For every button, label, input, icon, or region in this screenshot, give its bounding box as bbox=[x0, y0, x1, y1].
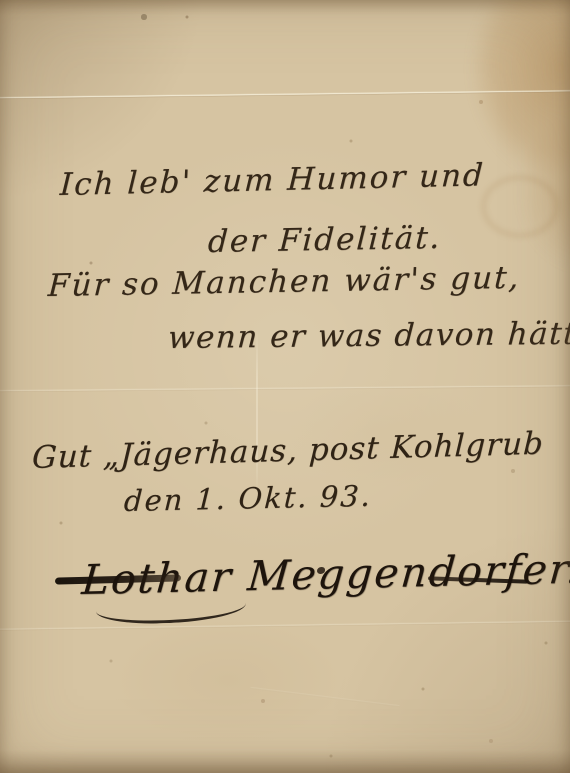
poem-line-2: der Fidelität. bbox=[207, 220, 442, 260]
fold-crease-bottom bbox=[0, 620, 570, 631]
water-stain-ring bbox=[482, 176, 558, 237]
paper-speckles bbox=[0, 0, 2, 2]
place-line: Gut „Jägerhaus, post Kohlgrub bbox=[31, 426, 544, 476]
fold-crease-middle bbox=[0, 384, 570, 392]
date-line: den 1. Okt. 93. bbox=[123, 479, 373, 518]
poem-line-4: wenn er was davon hätt'! bbox=[167, 315, 570, 356]
poem-line-3: Für so Manchen wär's gut, bbox=[47, 260, 521, 304]
paper-wrinkle bbox=[250, 687, 399, 707]
letter-page: Ich leb' zum Humor und der Fidelität. Fü… bbox=[0, 0, 570, 773]
signature-underline-flourish bbox=[96, 589, 247, 625]
